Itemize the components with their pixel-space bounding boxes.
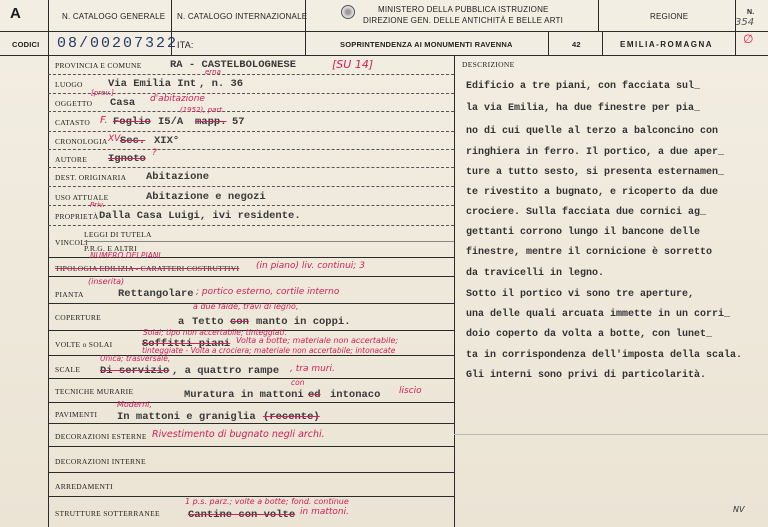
soprintendenza: SOPRINTENDENZA AI MONUMENTI RAVENNA bbox=[340, 40, 513, 49]
strutture-struck: Cantine con volte bbox=[188, 509, 295, 521]
descrizione-label: DESCRIZIONE bbox=[462, 60, 514, 69]
coperture-note: a due falde, travi di legno, bbox=[193, 302, 299, 311]
descrizione-line: gettanti corrono lungo il bancone delle bbox=[466, 227, 700, 238]
republic-emblem-icon bbox=[341, 5, 355, 19]
pianta-note: ; portico esterno, cortile interno bbox=[196, 287, 339, 297]
descrizione-line: Edificio a tre piani, con facciata sul_ bbox=[466, 81, 700, 92]
catasto-struck: Foglio bbox=[113, 116, 151, 128]
tipologia-label: TIPOLOGIA EDILIZIA - CARATTERI COSTRUTTI… bbox=[55, 264, 239, 273]
proprieta-value: Dalla Casa Luigi, ivi residente. bbox=[99, 210, 301, 222]
descrizione-line: Sotto il portico vi sono tre aperture, bbox=[466, 289, 694, 300]
catalogo-generale-label: N. CATALOGO GENERALE bbox=[62, 12, 165, 21]
provincia-note: [SU 14] bbox=[332, 58, 373, 71]
strutture-note: in mattoni. bbox=[300, 507, 349, 517]
descrizione-line: doio coperto da volta a botte, con lunet… bbox=[466, 329, 712, 340]
catasto-label: CATASTO bbox=[55, 118, 90, 127]
strutture-note-above: 1 p.s. parz.; volte a botte; fond. conti… bbox=[185, 497, 349, 506]
coperture-pre: a bbox=[178, 316, 184, 328]
catasto-value2: 57 bbox=[232, 116, 245, 128]
codici-label: CODICI bbox=[12, 40, 39, 49]
descrizione-line: finestre, mentre il cornicione è sorrett… bbox=[466, 247, 712, 258]
autore-note: ? bbox=[152, 148, 157, 158]
tipologia-note: (in piano) liv. continui; 3 bbox=[256, 261, 365, 271]
decorazioni-esterne-note: Rivestimento di bugnato negli archi. bbox=[152, 429, 325, 440]
descrizione-line: la via Emilia, ha due finestre per pia_ bbox=[466, 103, 700, 114]
coperture-struck: con bbox=[230, 316, 249, 328]
scale-label: SCALE bbox=[55, 365, 80, 374]
tipologia-note-above: NUMERO DEI PIANI bbox=[90, 251, 161, 260]
catalogo-internazionale-label: N. CATALOGO INTERNAZIONALE bbox=[177, 12, 307, 21]
cronologia-value: XIX° bbox=[154, 135, 179, 147]
cronologia-struck: Sec. bbox=[120, 135, 145, 147]
ministry-line2: DIREZIONE GEN. DELLE ANTICHITÀ E BELLE A… bbox=[363, 16, 563, 25]
descrizione-line: crociere. Sulla facciata due cornici ag_ bbox=[466, 207, 706, 218]
pianta-value: Rettangolare bbox=[118, 288, 194, 300]
dest-originaria-value: Abitazione bbox=[146, 171, 209, 183]
decorazioni-interne-label: DECORAZIONI INTERNE bbox=[55, 457, 146, 466]
n-label: N. bbox=[747, 9, 754, 16]
tecniche-note: liscio bbox=[399, 386, 422, 396]
descrizione-line: una delle quali arcuata immette in un co… bbox=[466, 309, 730, 320]
decorazioni-esterne-label: DECORAZIONI ESTERNE bbox=[55, 432, 147, 441]
tecniche-label: TECNICHE MURARIE bbox=[55, 387, 133, 396]
pianta-label: PIANTA bbox=[55, 290, 84, 299]
luogo-number: , n. 36 bbox=[199, 78, 243, 90]
descrizione-line: da travicelli in legno. bbox=[466, 268, 604, 279]
coperture-value2: manto in coppi. bbox=[256, 316, 351, 328]
pavimenti-value: In mattoni e graniglia bbox=[117, 411, 256, 423]
pavimenti-label: PAVIMENTI bbox=[55, 410, 97, 419]
tecniche-note-above: con bbox=[291, 378, 304, 387]
descrizione-line: ringhiera in ferro. Il portico, a due ap… bbox=[466, 147, 724, 158]
codice-value: 42 bbox=[572, 40, 581, 49]
scale-note: , tra muri. bbox=[290, 364, 335, 374]
tecniche-struck: ed bbox=[308, 389, 321, 401]
pianta-note-above: (inserita) bbox=[88, 277, 124, 286]
descrizione-line: te rivestito a bugnato, e ricoperto da d… bbox=[466, 187, 718, 198]
catalog-card: A N. CATALOGO GENERALE N. CATALOGO INTER… bbox=[0, 0, 768, 527]
volte-label: VOLTE o SOLAI bbox=[55, 340, 112, 349]
n-value: 354 bbox=[735, 17, 754, 28]
cronologia-note: XV bbox=[108, 134, 120, 144]
pavimenti-note: Moderni, bbox=[117, 400, 152, 409]
luogo-value: Via Emilia Int bbox=[108, 78, 196, 90]
oggetto-note: d'abitazione bbox=[150, 94, 205, 104]
provincia-label: PROVINCIA E COMUNE bbox=[55, 61, 142, 70]
ministry-line1: MINISTERO DELLA PUBBLICA ISTRUZIONE bbox=[378, 5, 549, 14]
ita-label: ITA: bbox=[177, 40, 194, 50]
oggetto-prev-note: [prev.] bbox=[91, 89, 114, 97]
autore-label: AUTORE bbox=[55, 155, 87, 164]
provincia-value: RA - CASTELBOLOGNESE bbox=[170, 59, 296, 71]
regione-value: EMILIA-ROMAGNA bbox=[620, 40, 713, 49]
volte-note: Volta a botte; materiale non accertabile… bbox=[236, 336, 398, 345]
proprieta-note: Priv. bbox=[90, 201, 105, 209]
tecniche-value2: intonaco bbox=[330, 389, 380, 401]
coperture-label: COPERTURE bbox=[55, 313, 101, 322]
catalogo-generale-number: 08/00207322 bbox=[57, 35, 178, 52]
proprieta-label: PROPRIETÀ bbox=[55, 212, 99, 221]
oggetto-value: Casa bbox=[110, 97, 135, 109]
vincoli-leggi: LEGGI DI TUTELA bbox=[84, 230, 152, 239]
strutture-label: STRUTTURE SOTTERRANEE bbox=[55, 509, 160, 518]
descrizione-line: Gli interni sono privi di particolarità. bbox=[466, 370, 706, 381]
scale-value: , a quattro rampe bbox=[172, 365, 279, 377]
catasto-struck2: mapp. bbox=[195, 116, 227, 128]
regione-label: REGIONE bbox=[650, 12, 688, 21]
oggetto-label: OGGETTO bbox=[55, 99, 92, 108]
arredamenti-label: ARREDAMENTI bbox=[55, 482, 113, 491]
vincoli-label: VINCOLI bbox=[55, 238, 88, 247]
descrizione-line: ta in corrispondenza dell'imposta della … bbox=[466, 350, 742, 361]
coperture-value: Tetto bbox=[192, 316, 224, 328]
n-mark: ∅ bbox=[743, 32, 753, 46]
catasto-value: I5/A bbox=[158, 116, 183, 128]
scale-note-above: Unica; trasversale, bbox=[100, 354, 170, 363]
section-letter: A bbox=[10, 5, 21, 22]
luogo-note: erna bbox=[205, 68, 221, 76]
tecniche-value: Muratura in mattoni bbox=[184, 389, 304, 401]
descrizione-line: no di cui quelle al terzo a balconcino c… bbox=[466, 126, 718, 137]
descrizione-line: ture a tutto sesto, si presenta esternam… bbox=[466, 167, 724, 178]
scale-struck: Di servizio bbox=[100, 365, 169, 377]
cronologia-label: CRONOLOGIA bbox=[55, 137, 108, 146]
volte-note-below: tinteggiate - Volta a crociera; material… bbox=[142, 346, 395, 355]
autore-struck: Ignoto bbox=[108, 153, 146, 165]
pavimenti-struck: (recente) bbox=[263, 411, 320, 423]
uso-attuale-value: Abitazione e negozi bbox=[146, 191, 266, 203]
catasto-prefix: F. bbox=[100, 115, 108, 126]
dest-originaria-label: DEST. ORIGINARIA bbox=[55, 173, 126, 182]
initials: NV bbox=[733, 505, 744, 514]
luogo-label: LUOGO bbox=[55, 80, 83, 89]
catasto-note: (1952), part. bbox=[180, 106, 224, 114]
